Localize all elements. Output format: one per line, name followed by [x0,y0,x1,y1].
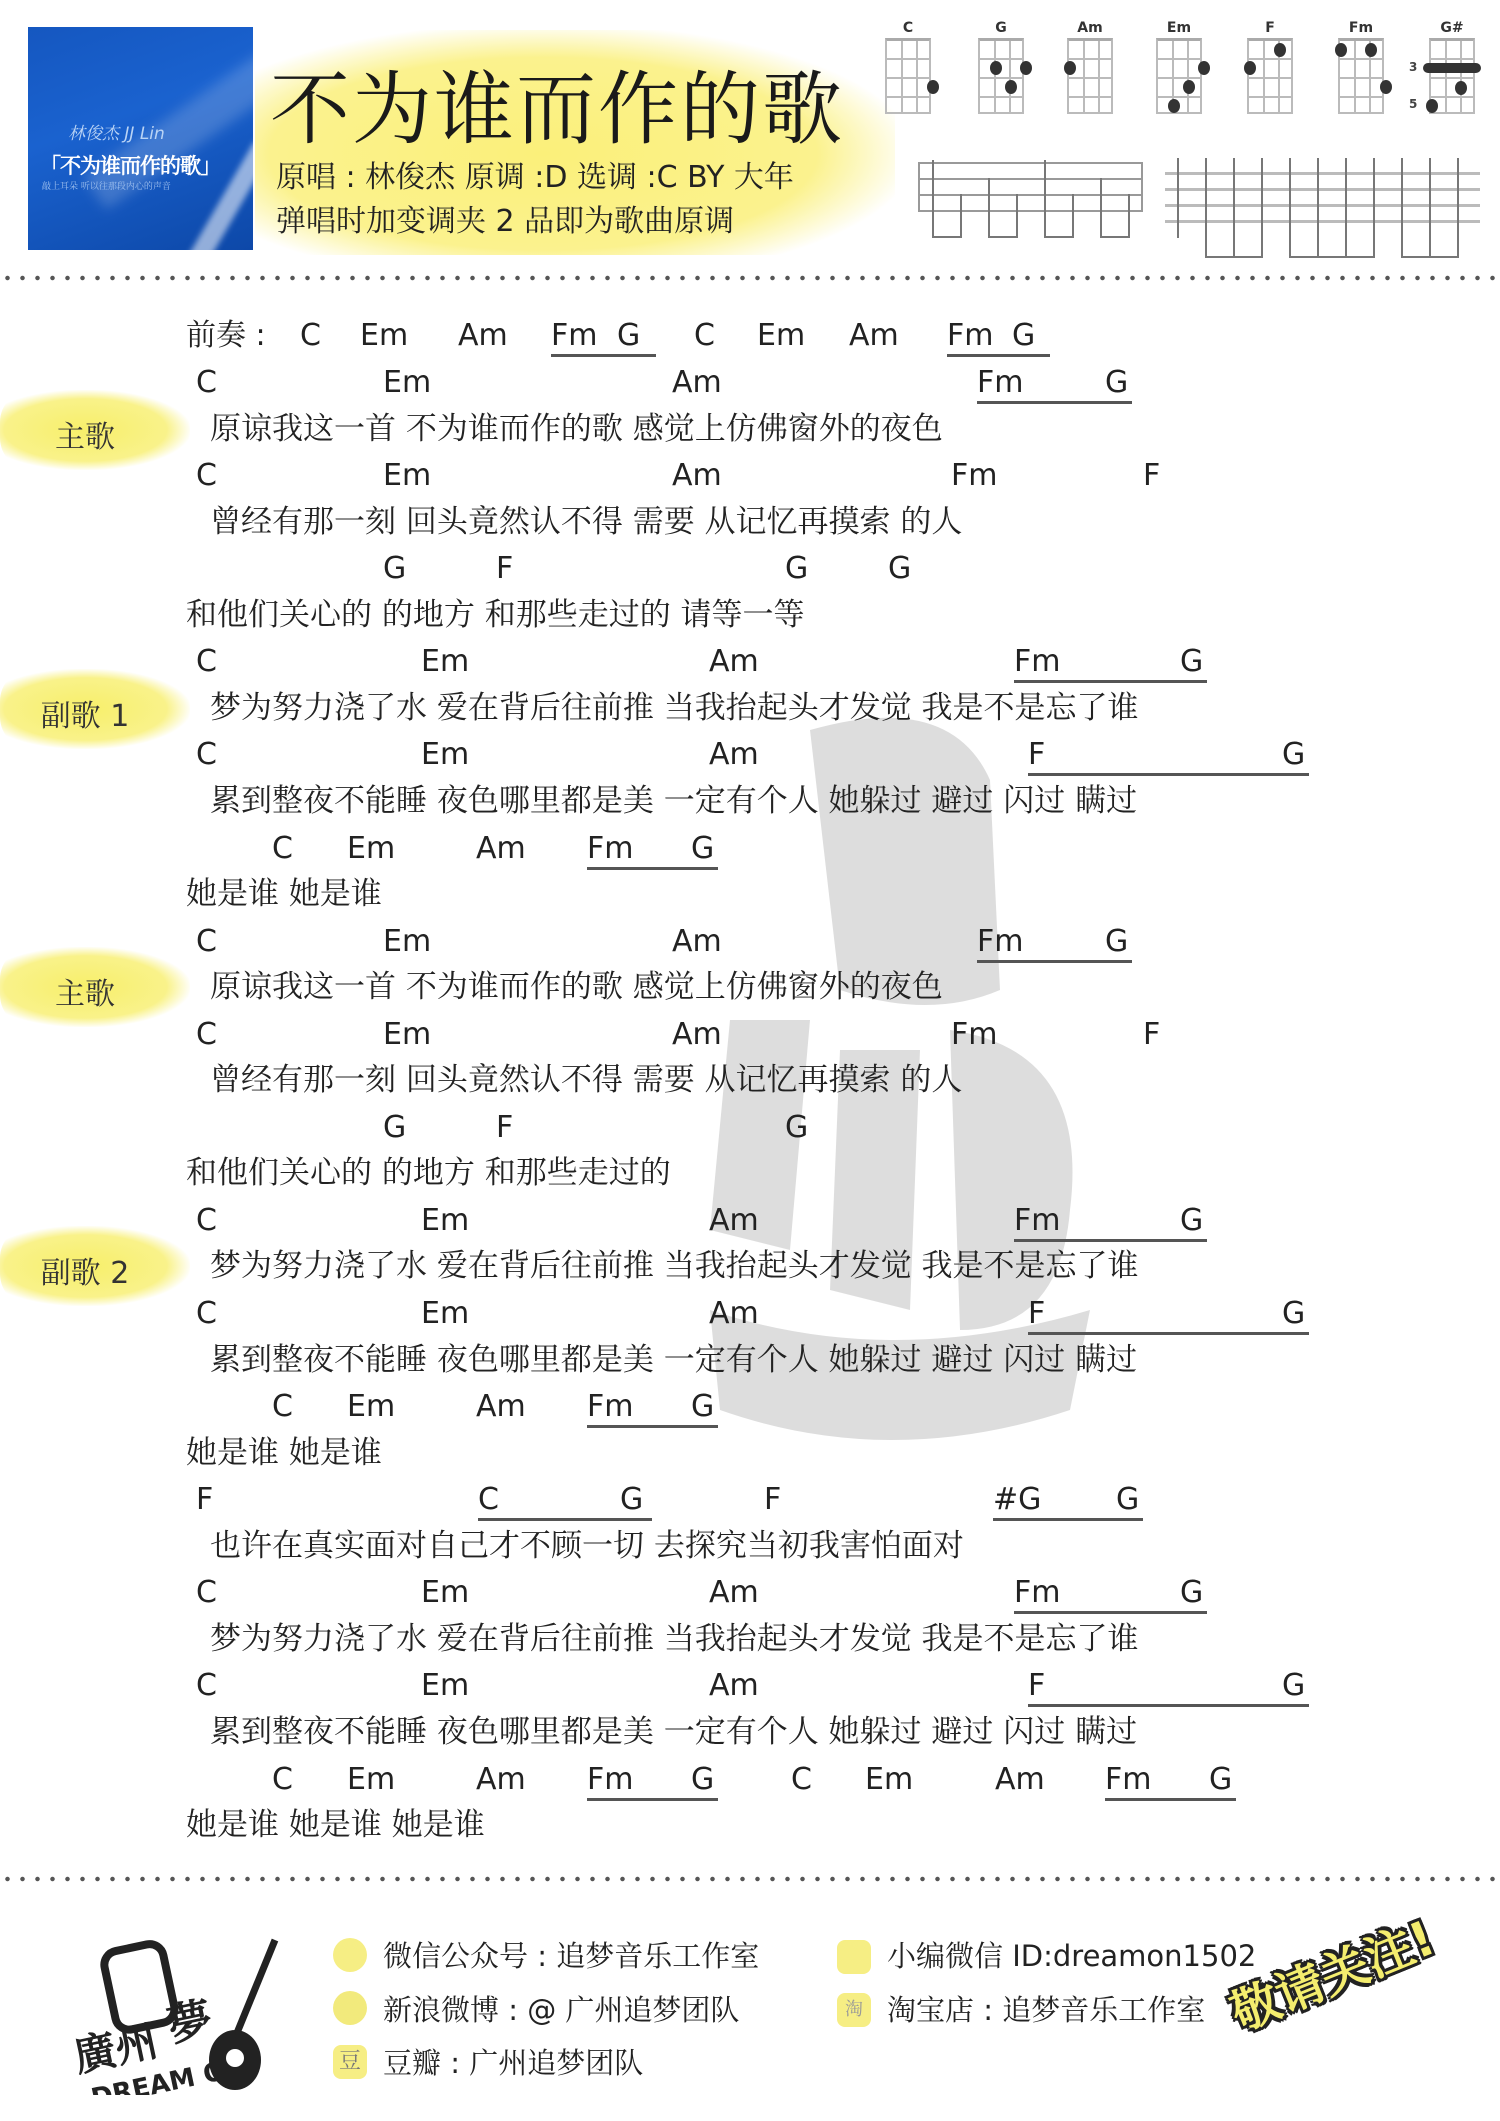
chord-symbol: Am [995,1762,1045,1798]
chord-symbol: F [196,1482,213,1518]
intro-chord: Em [757,318,805,354]
chord-diagram-name: G [971,20,1031,38]
lyric-line: 梦为努力浇了水 爱在背后往前推 当我抬起头才发觉 我是不是忘了谁 [210,1247,1139,1285]
chord-symbol: Am [476,831,526,867]
finger-dot [1020,61,1032,75]
lyric-line: 累到整夜不能睡 夜色哪里都是美 一定有个人 她躲过 避过 闪过 瞒过 [210,782,1137,820]
intro-chord: Em [360,318,408,354]
chord-symbol: Em [383,1017,431,1053]
fretboard-grid: 35 [1429,38,1475,114]
taobao-icon: 淘 [837,1993,871,2027]
capo-note: 弹唱时加变调夹 2 品即为歌曲原调 [276,196,734,240]
chord-symbol: G [691,1389,714,1425]
footer-weibo: 新浪微博 : @ 广州追梦团队 [383,1988,739,2029]
chord-diagram-g: G [971,20,1031,114]
chord-symbol: Em [383,458,431,494]
chord-symbol: F [1028,1668,1045,1704]
divider-top [0,275,1500,281]
fret-label: 5 [1409,97,1417,111]
strumming-pattern [1165,140,1480,245]
barre [1423,63,1481,73]
intro-chord: Am [458,318,508,354]
finger-dot [1365,43,1377,57]
intro-chord: G [617,318,640,354]
section-tag-verse-1: 主歌 [0,390,190,470]
chord-symbol: G [1105,924,1128,960]
finger-dot [1198,61,1210,75]
chord-symbol: G [1180,1203,1203,1239]
chord-diagram-am: Am [1060,20,1120,114]
chord-symbol: Am [672,1017,722,1053]
chord-underline [993,1518,1143,1521]
follow-badge: 敬请关注! [1219,1900,1443,2044]
chord-symbol: F [1143,1017,1160,1053]
chord-symbol: G [620,1482,643,1518]
chord-symbol: #G [993,1482,1041,1518]
chord-underline [977,401,1132,404]
chord-diagram-fm: Fm [1331,20,1391,114]
chord-symbol: C [478,1482,499,1518]
finger-dot [1244,61,1256,75]
chord-diagram-name: Em [1149,20,1209,38]
chord-symbol: Em [421,644,469,680]
chord-symbol: C [196,1668,217,1704]
chord-underline [1014,1239,1207,1242]
chord-diagram-em: Em [1149,20,1209,114]
intro-chord: C [694,318,715,354]
cover-title: 「不为谁而作的歌」 [40,150,220,180]
intro-chord: Fm [551,318,597,354]
intro-chord: C [300,318,321,354]
lyric-line: 累到整夜不能睡 夜色哪里都是美 一定有个人 她躲过 避过 闪过 瞒过 [210,1713,1137,1751]
chord-symbol: G [785,551,808,587]
chord-symbol: G [1180,1575,1203,1611]
chord-symbol: Am [672,365,722,401]
chord-symbol: G [785,1110,808,1146]
chord-symbol: Fm [1014,1203,1060,1239]
chord-underline [977,960,1132,963]
intro-chord: Am [849,318,899,354]
finger-dot [1183,80,1195,94]
lyric-line: 曾经有那一刻 回头竟然认不得 需要 从记忆再摸索 的人 [210,1061,962,1099]
chord-symbol: F [764,1482,781,1518]
chord-diagram-gsharp: G#35 [1422,20,1482,114]
chord-symbol: Am [672,924,722,960]
chord-underline [1105,1798,1236,1801]
lyric-line: 和他们关心的 的地方 和那些走过的 请等一等 [186,596,805,634]
chord-symbol: C [196,924,217,960]
chord-underline [1028,1704,1309,1707]
chord-symbol: G [383,1110,406,1146]
finger-dot [990,61,1002,75]
footer-wechat: 微信公众号 : 追梦音乐工作室 [383,1934,759,1975]
chord-symbol: F [1028,737,1045,773]
chord-symbol: Am [709,1203,759,1239]
chord-symbol: Am [476,1389,526,1425]
chord-symbol: Fm [951,1017,997,1053]
chord-underline [1028,1332,1309,1335]
lyric-line: 她是谁 她是谁 [186,875,382,913]
finger-dot [927,80,939,94]
chord-symbol: G [1282,1296,1305,1332]
chord-symbol: F [1143,458,1160,494]
chord-symbol: C [272,1389,293,1425]
chord-underline [947,354,1050,357]
song-title: 不为谁而作的歌 [270,45,844,160]
section-tag-verse-2: 主歌 [0,947,190,1027]
cover-artist: 林俊杰 JJ Lin [68,119,165,144]
chord-symbol: Fm [1014,644,1060,680]
finger-dot [1426,99,1438,113]
chord-symbol: G [1105,365,1128,401]
fretboard-grid [978,38,1024,114]
finger-dot [1274,43,1286,57]
chord-symbol: G [691,831,714,867]
chord-diagram-c: C [878,20,938,114]
chord-symbol: G [1282,1668,1305,1704]
chord-symbol: Em [421,1668,469,1704]
chord-underline [1014,680,1207,683]
fretboard-grid [1338,38,1384,114]
album-cover: 林俊杰 JJ Lin 「不为谁而作的歌」 敲上耳朵 听以往那段内心的声音 [28,27,253,250]
chord-symbol: Am [709,1296,759,1332]
chat-icon [837,1940,871,1974]
chord-symbol: Am [709,737,759,773]
svg-text:夢: 夢 [163,1993,217,2052]
chord-symbol: C [196,1203,217,1239]
lyric-line: 她是谁 她是谁 [186,1434,382,1472]
chord-symbol: C [196,1296,217,1332]
chord-symbol: C [196,458,217,494]
chord-symbol: Fm [1105,1762,1151,1798]
lyric-line: 原谅我这一首 不为谁而作的歌 感觉上仿佛窗外的夜色 [210,410,943,448]
divider-bottom [0,1876,1500,1882]
fretboard-grid [1156,38,1202,114]
song-meta: 原唱 : 林俊杰 原调 :D 选调 :C BY 大年 [276,152,794,196]
finger-dot [1064,61,1076,75]
chord-symbol: Em [347,1762,395,1798]
chord-diagram-f: F [1240,20,1300,114]
chord-symbol: Em [383,365,431,401]
chord-symbol: Em [347,1389,395,1425]
fret-label: 3 [1409,60,1417,74]
chord-symbol: G [1282,737,1305,773]
chord-symbol: Fm [951,458,997,494]
chord-symbol: Am [709,1668,759,1704]
dreamon-logo: 廣州 夢 DREAM On [55,1930,295,2095]
lyric-line: 梦为努力浇了水 爱在背后往前推 当我抬起头才发觉 我是不是忘了谁 [210,1620,1139,1658]
wechat-icon [333,1938,367,1972]
lyric-line: 她是谁 她是谁 她是谁 [186,1806,485,1844]
chord-symbol: G [691,1762,714,1798]
chord-symbol: Fm [977,924,1023,960]
chord-underline [587,867,718,870]
chord-symbol: Em [383,924,431,960]
chord-symbol: Fm [1014,1575,1060,1611]
chord-symbol: C [272,1762,293,1798]
chord-symbol: C [272,831,293,867]
section-tag-chorus-2: 副歌 2 [0,1226,190,1306]
picking-pattern [918,150,1143,240]
chord-symbol: G [1209,1762,1232,1798]
finger-dot [1335,43,1347,57]
chord-symbol: Am [709,644,759,680]
chord-symbol: C [791,1762,812,1798]
section-tag-chorus-1: 副歌 1 [0,669,190,749]
chord-symbol: Am [672,458,722,494]
finger-dot [1380,80,1392,94]
chord-symbol: G [888,551,911,587]
chord-underline [587,1425,718,1428]
chord-symbol: F [496,551,513,587]
intro-chord: G [1012,318,1035,354]
footer-editor-wechat: 小编微信 ID:dreamon1502 [887,1934,1256,1975]
chord-symbol: F [496,1110,513,1146]
chord-underline [587,1798,718,1801]
chord-symbol: Fm [587,1762,633,1798]
chord-symbol: Am [709,1575,759,1611]
chord-symbol: Fm [977,365,1023,401]
finger-dot [1168,99,1180,113]
cover-subtitle: 敲上耳朵 听以往那段内心的声音 [42,179,171,192]
lyric-line: 曾经有那一刻 回头竟然认不得 需要 从记忆再摸索 的人 [210,503,962,541]
fretboard-grid [885,38,931,114]
chord-symbol: G [383,551,406,587]
chord-underline [478,1518,652,1521]
footer-douban: 豆瓣 : 广州追梦团队 [383,2041,643,2082]
chord-symbol: C [196,365,217,401]
lyric-line: 和他们关心的 的地方 和那些走过的 [186,1154,671,1192]
chord-symbol: Am [476,1762,526,1798]
chord-symbol: F [1028,1296,1045,1332]
chord-symbol: C [196,737,217,773]
chord-symbol: Em [421,1296,469,1332]
chord-symbol: Em [421,1203,469,1239]
chord-diagram-name: G# [1422,20,1482,38]
chord-symbol: Em [421,737,469,773]
lyric-line: 梦为努力浇了水 爱在背后往前推 当我抬起头才发觉 我是不是忘了谁 [210,689,1139,727]
chord-diagram-name: Am [1060,20,1120,38]
intro-label: 前奏 : [186,318,266,354]
chord-diagram-name: C [878,20,938,38]
footer-taobao: 淘宝店 : 追梦音乐工作室 [887,1988,1205,2029]
fretboard-grid [1247,38,1293,114]
chord-underline [551,354,656,357]
douban-icon: 豆 [333,2045,367,2079]
lyric-line: 原谅我这一首 不为谁而作的歌 感觉上仿佛窗外的夜色 [210,968,943,1006]
lyric-line: 也许在真实面对自己才不顾一切 去探究当初我害怕面对 [210,1527,964,1565]
chord-symbol: Fm [587,831,633,867]
chord-symbol: G [1116,1482,1139,1518]
chord-symbol: G [1180,644,1203,680]
finger-dot [1455,81,1467,95]
fretboard-grid [1067,38,1113,114]
chord-symbol: Em [347,831,395,867]
chord-underline [1014,1611,1207,1614]
chord-symbol: C [196,644,217,680]
chord-symbol: C [196,1017,217,1053]
intro-chord: Fm [947,318,993,354]
chord-diagram-name: F [1240,20,1300,38]
weibo-icon [333,1991,367,2025]
chord-symbol: C [196,1575,217,1611]
chord-underline [1028,773,1309,776]
finger-dot [1005,80,1017,94]
chord-diagram-name: Fm [1331,20,1391,38]
lyric-line: 累到整夜不能睡 夜色哪里都是美 一定有个人 她躲过 避过 闪过 瞒过 [210,1341,1137,1379]
chord-symbol: Em [421,1575,469,1611]
chord-symbol: Fm [587,1389,633,1425]
chord-symbol: Em [865,1762,913,1798]
